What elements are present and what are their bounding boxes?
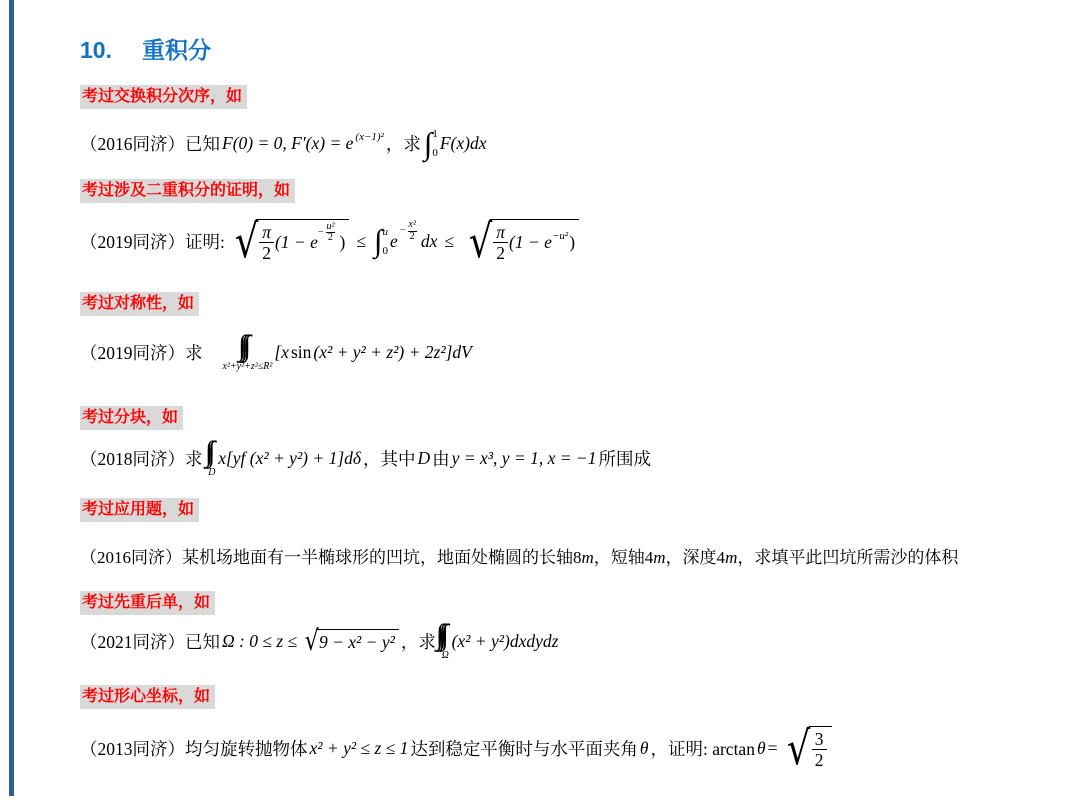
equals-sign: = [768, 738, 778, 759]
fraction-denominator: 2 [326, 232, 335, 244]
math-run: θ [757, 738, 766, 759]
text-run: ，其中 [363, 446, 416, 471]
math-run: (x² + y²)dxdydz [452, 631, 559, 652]
text-run: 所围成 [598, 446, 651, 471]
radical-sign: √ [305, 627, 319, 655]
text-run: 由 [432, 446, 450, 471]
math-run: F(0) = 0, F′(x) = e [222, 133, 353, 154]
fraction-numerator: u² [325, 222, 337, 233]
integral-domain: D [208, 468, 215, 478]
text-run: 达到稳定平衡时与水平面夹角 [410, 736, 638, 761]
integral: ∫ u 0 [374, 225, 388, 258]
radicand: 3 2 [809, 726, 832, 770]
text-run: ，求填平此凹坑所需沙的体积 [737, 548, 958, 567]
heading-partition: 考过分块，如 [80, 406, 183, 430]
text-run: （2019同济）证明: [80, 229, 225, 254]
math-run: m [582, 548, 594, 567]
integral-domain: Ω [442, 651, 449, 661]
fraction-numerator: π [259, 222, 274, 242]
math-run: ) [340, 232, 346, 253]
math-run: (1 − e [509, 232, 552, 253]
heading-application: 考过应用题，如 [80, 498, 199, 522]
radicand: 9 − x² − y² [317, 629, 399, 653]
section-title-text: 重积分 [142, 37, 211, 63]
fraction-numerator: π [493, 222, 508, 242]
math-run: x[yf (x² + y²) + 1]dδ [218, 448, 361, 469]
integral-lower-limit: 0 [382, 246, 388, 257]
integral-lower-limit: 0 [432, 148, 438, 159]
function-name: sin [291, 342, 311, 363]
math-run: F(x)dx [440, 133, 487, 154]
integral-limits: 1 0 [432, 127, 438, 160]
leq-sign: ≤ [444, 231, 454, 252]
integral-limits: u 0 [382, 225, 388, 258]
math-run: m [725, 548, 737, 567]
problem-centroid: （2013同济）均匀旋转抛物体 x² + y² ≤ z ≤ 1 达到稳定平衡时与… [80, 725, 834, 771]
text-run: （2016同济）已知 [80, 131, 220, 156]
radical: √ 3 2 [781, 725, 831, 771]
fraction-denominator: 2 [408, 231, 417, 243]
problem-exchange-order: （2016同济）已知 F(0) = 0, F′(x) = e (x−1)² ，求… [80, 127, 489, 160]
math-run: [x [274, 342, 289, 363]
integral-symbol: ∫ [424, 130, 433, 158]
radical-sign: √ [469, 218, 492, 264]
fraction: x² 2 [406, 220, 417, 242]
fraction-denominator: 2 [259, 242, 274, 263]
problem-symmetry: （2019同济）求 ∫∫∫ x²+y²+z²≤R² [x sin (x² + y… [80, 332, 474, 372]
text-run: ，求 [401, 629, 436, 654]
fraction-numerator: x² [406, 220, 417, 231]
math-run: dx [421, 231, 438, 252]
text-run: ，短轴4 [594, 548, 654, 567]
superscript: −u² [552, 230, 568, 242]
integral: ∫ 1 0 [424, 127, 438, 160]
superscript: (x−1)² [355, 131, 383, 143]
fraction-denominator: 2 [493, 242, 508, 263]
document-page: { "page": { "title_num": "10.", "title_t… [0, 0, 1080, 800]
exponent: − x² 2 [400, 220, 419, 242]
math-run: ) [569, 232, 575, 253]
math-run: (x² + y² + z²) + 2z²]dV [313, 342, 471, 363]
problem-application: （2016同济）某机场地面有一半椭球形的凹坑，地面处椭圆的长轴8m，短轴4m，深… [80, 543, 958, 568]
math-run: x² + y² ≤ z ≤ 1 [310, 738, 409, 759]
text-run: （2016同济）某机场地面有一半椭球形的凹坑，地面处椭圆的长轴8 [80, 548, 582, 567]
heading-double-integral-proof: 考过涉及二重积分的证明，如 [80, 179, 295, 203]
radical: √ 9 − x² − y² [301, 627, 399, 655]
text-run: （2018同济）求 [80, 446, 203, 471]
radical-sign: √ [787, 725, 810, 771]
math-run: m [653, 548, 665, 567]
text-run: （2021同济）已知 [80, 629, 220, 654]
exponent: − u² 2 [318, 222, 338, 244]
problem-double-integral-proof: （2019同济）证明: √ π 2 (1 − e − u² 2 ) ≤ ∫ u … [80, 218, 581, 264]
triple-integral: ∫∫∫ x²+y²+z²≤R² [223, 332, 273, 372]
radicand: π 2 (1 − e − u² 2 ) [256, 219, 349, 263]
minus-sign: − [400, 226, 406, 236]
radical: √ π 2 (1 − e − u² 2 ) [229, 218, 349, 264]
text-run: ，深度4 [666, 548, 726, 567]
math-run: θ [640, 738, 649, 759]
fraction: 3 2 [812, 729, 827, 770]
leq-sign: ≤ [356, 231, 366, 252]
text-run: ，证明: arctan [650, 736, 754, 761]
triple-integral: ∫∫∫ Ω [441, 621, 450, 661]
heading-symmetry: 考过对称性，如 [80, 292, 199, 316]
text-run: ，求 [386, 131, 421, 156]
text-run: （2013同济）均匀旋转抛物体 [80, 736, 308, 761]
page-title: 10.重积分 [80, 38, 211, 62]
text-run: （2019同济）求 [80, 340, 203, 365]
radical-sign: √ [235, 218, 258, 264]
heading-triple-then-single: 考过先重后单，如 [80, 591, 215, 615]
heading-centroid: 考过形心坐标，如 [80, 685, 215, 709]
integral-upper-limit: u [382, 227, 388, 238]
fraction: u² 2 [325, 222, 337, 244]
math-run: y = x³, y = 1, x = −1 [452, 448, 597, 469]
problem-triple-then-single: （2021同济）已知 Ω : 0 ≤ z ≤ √ 9 − x² − y² ，求 … [80, 621, 560, 661]
fraction: π 2 [493, 222, 508, 263]
integral-symbol: ∫ [374, 227, 383, 255]
integral-domain: x²+y²+z²≤R² [223, 362, 273, 372]
heading-exchange-order: 考过交换积分次序，如 [80, 85, 247, 109]
fraction-numerator: 3 [812, 729, 827, 749]
page-edge-line [9, 0, 14, 796]
radical: √ π 2 (1 − e −u² ) [463, 218, 579, 264]
minus-sign: − [318, 228, 324, 238]
radicand: π 2 (1 − e −u² ) [490, 219, 579, 263]
double-integral: ∫∫ D [208, 438, 217, 478]
problem-partition: （2018同济）求 ∫∫ D x[yf (x² + y²) + 1]dδ ，其中… [80, 438, 653, 478]
math-run: e [390, 231, 398, 252]
integral-upper-limit: 1 [432, 129, 438, 140]
math-run: Ω : 0 ≤ z ≤ [222, 631, 297, 652]
section-number: 10. [80, 38, 112, 62]
fraction-denominator: 2 [812, 749, 827, 770]
math-run: (1 − e [275, 232, 318, 253]
math-run: D [418, 448, 431, 469]
fraction: π 2 [259, 222, 274, 263]
